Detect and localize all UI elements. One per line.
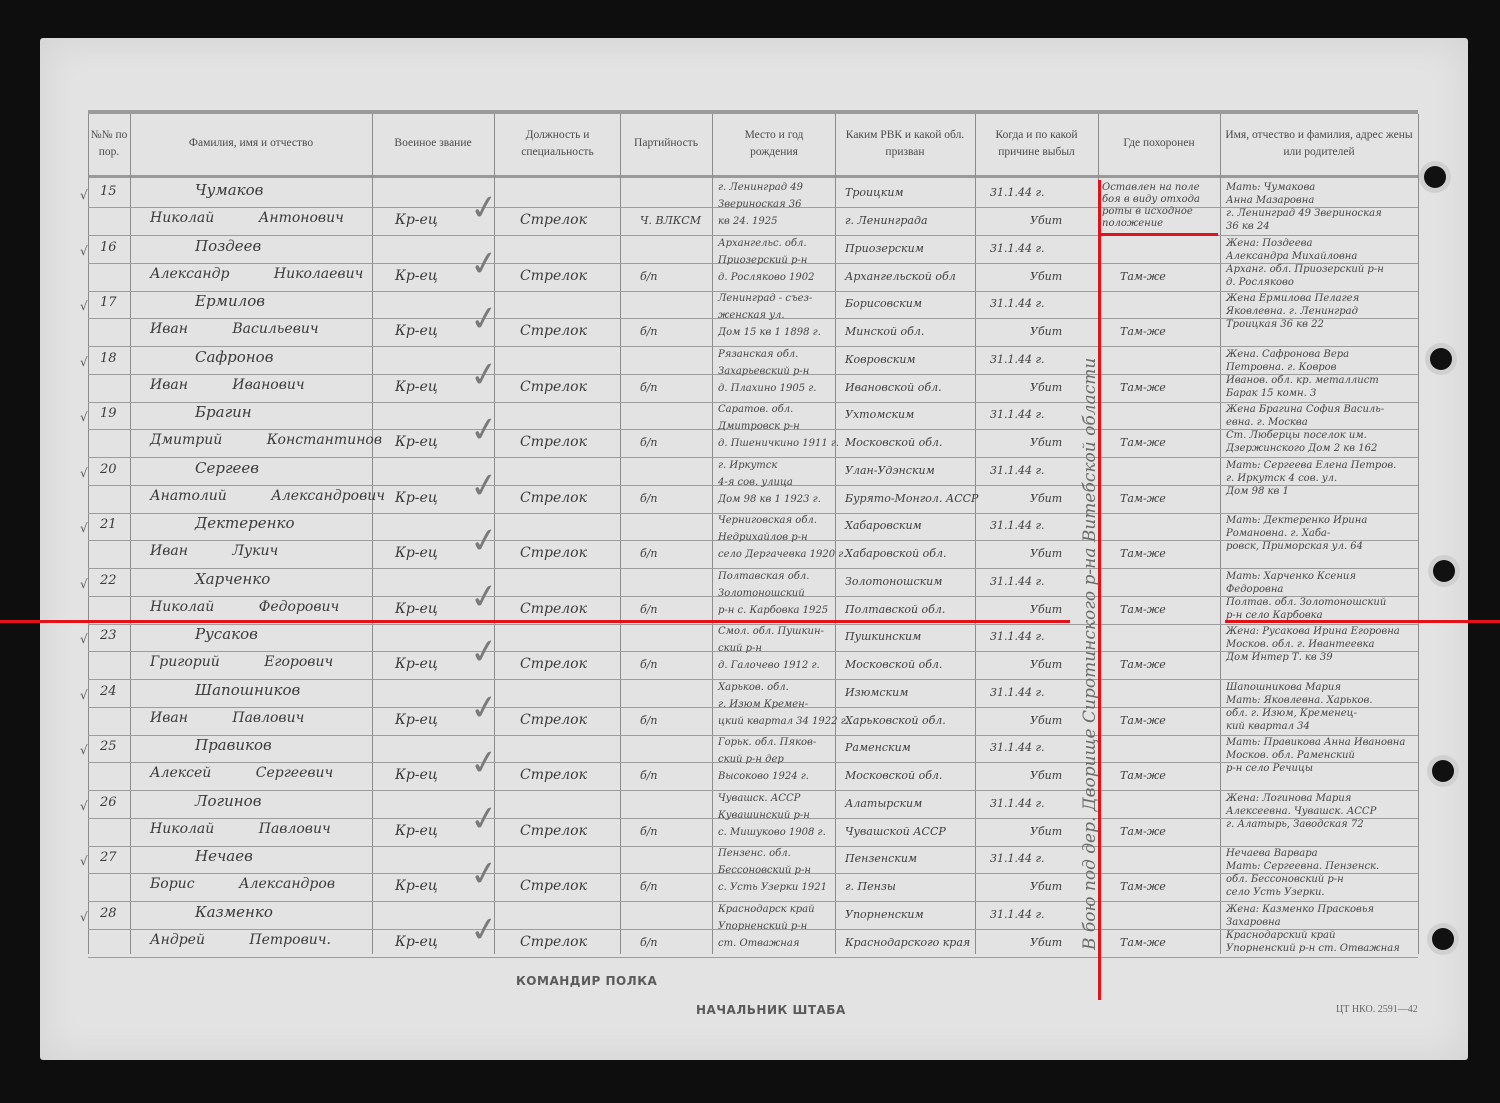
header-rvk: Каким РВК и какой обл. призван (837, 114, 973, 174)
position: Стрелок (520, 379, 587, 395)
date-left: 31.1.44 г. (990, 630, 1045, 643)
rank: Кр-ец (395, 878, 438, 894)
burial-place: Там-же (1120, 325, 1166, 338)
position: Стрелок (520, 934, 587, 950)
birth-line: Упорненский р-н (718, 921, 807, 932)
relative-line: Москов. обл. Раменский (1226, 750, 1355, 761)
birth-line: Звериноская 36 (718, 199, 801, 210)
birth-line: ский р-н (718, 643, 762, 654)
reason-left: Убит (1030, 603, 1062, 616)
rvk: Пушкинским (845, 630, 921, 643)
relative-line: р-н село Речицы (1226, 763, 1313, 774)
surname: Логинов (195, 792, 261, 810)
row-number: 26 (100, 795, 117, 810)
rvk-region: г. Ленинграда (845, 214, 928, 227)
rvk: Ковровским (845, 353, 916, 366)
position: Стрелок (520, 712, 587, 728)
surname: Ермилов (195, 292, 265, 310)
rank: Кр-ец (395, 712, 438, 728)
date-left: 31.1.44 г. (990, 464, 1045, 477)
red-annotation-line (1098, 180, 1101, 1000)
check-mark-icon: ✓ (467, 741, 501, 785)
tick-mark-icon: √ (80, 466, 88, 480)
header-relatives: Имя, отчество и фамилия, адрес жены или … (1222, 114, 1416, 174)
position: Стрелок (520, 323, 587, 339)
header-buried: Где похоронен (1100, 114, 1218, 174)
burial-place: Там-же (1120, 547, 1166, 560)
birth-line: Высоково 1924 г. (718, 771, 809, 782)
relative-line: Дом Интер Т. кв 39 (1226, 652, 1333, 663)
surname: Русаков (195, 625, 258, 643)
rank: Кр-ец (395, 656, 438, 672)
check-mark-icon: ✓ (467, 519, 501, 563)
birth-line: Недрихайлов р-н (718, 532, 808, 543)
birth-line: Чувашск. АССР (718, 793, 800, 804)
relative-line: Мать: Харченко Ксения (1226, 571, 1356, 582)
relative-line: Жена: Логинова Мария (1226, 793, 1351, 804)
rvk: Борисовским (845, 297, 922, 310)
relative-line: Арханг. обл. Приозерский р-н (1226, 264, 1384, 275)
relative-line: Жена: Поздеева (1226, 238, 1312, 249)
date-left: 31.1.44 г. (990, 908, 1045, 921)
row-number: 15 (100, 184, 117, 199)
relative-line: Жена Брагина София Василь- (1226, 404, 1384, 415)
check-mark-icon: ✓ (467, 908, 501, 952)
check-mark-icon: ✓ (467, 353, 501, 397)
relative-line: Захаровна (1226, 917, 1281, 928)
commander-label: КОМАНДИР ПОЛКА (516, 974, 657, 988)
given-names: Дмитрий Константинов (150, 432, 382, 448)
reason-left: Убит (1030, 880, 1062, 893)
given-names: Андрей Петрович. (150, 932, 331, 948)
birth-line: Черниговская обл. (718, 515, 817, 526)
relative-line: Краснодарский край (1226, 930, 1335, 941)
relative-line: г. Алатырь, Заводская 72 (1226, 819, 1364, 830)
birth-line: женская ул. (718, 310, 785, 321)
given-names: Иван Павлович (150, 710, 304, 726)
row-number: 16 (100, 240, 117, 255)
row-number: 27 (100, 850, 117, 865)
rvk: Ухтомским (845, 408, 914, 421)
rvk: Улан-Удэнским (845, 464, 935, 477)
relative-line: кий квартал 34 (1226, 721, 1310, 732)
reason-left: Убит (1030, 492, 1062, 505)
relative-line: Полтав. обл. Золотоношский (1226, 597, 1386, 608)
party: б/п (640, 325, 658, 338)
birth-line: Горьк. обл. Пяков- (718, 737, 816, 748)
burial-place: Там-же (1120, 936, 1166, 949)
header-birth: Место и год рождения (720, 114, 828, 174)
birth-line: Харьков. обл. (718, 682, 789, 693)
relative-line: Дзержинского Дом 2 кв 162 (1226, 443, 1377, 454)
birth-line: Приозерский р-н (718, 255, 807, 266)
row-number: 24 (100, 684, 117, 699)
rvk-region: Московской обл. (845, 436, 942, 449)
burial-place: Там-же (1120, 880, 1166, 893)
check-mark-icon: ✓ (467, 242, 501, 286)
rvk: Раменским (845, 741, 911, 754)
birth-line: Краснодарск край (718, 904, 815, 915)
position: Стрелок (520, 601, 587, 617)
birth-line: д. Росляково 1902 (718, 272, 815, 283)
tick-mark-icon: √ (80, 854, 88, 868)
given-names: Иван Лукич (150, 543, 278, 559)
relative-line: Алексеевна. Чувашск. АССР (1226, 806, 1376, 817)
rank: Кр-ец (395, 490, 438, 506)
check-mark-icon: ✓ (467, 464, 501, 508)
surname: Харченко (195, 570, 270, 588)
position: Стрелок (520, 823, 587, 839)
chief-of-staff-label: НАЧАЛЬНИК ШТАБА (696, 1003, 846, 1017)
punch-hole (1430, 348, 1452, 370)
burial-place: Там-же (1120, 714, 1166, 727)
rank: Кр-ец (395, 767, 438, 783)
relative-line: г. Иркутск 4 сов. ул. (1226, 473, 1337, 484)
row-number: 17 (100, 295, 117, 310)
surname: Правиков (195, 736, 272, 754)
row-number: 19 (100, 406, 117, 421)
check-mark-icon: ✓ (467, 575, 501, 619)
party: Ч. ВЛКСМ (640, 214, 701, 227)
tick-mark-icon: √ (80, 521, 88, 535)
tick-mark-icon: √ (80, 632, 88, 646)
check-mark-icon: ✓ (467, 852, 501, 896)
relative-line: Мать: Дектеренко Ирина (1226, 515, 1367, 526)
reason-left: Убит (1030, 769, 1062, 782)
tick-mark-icon: √ (80, 743, 88, 757)
relative-line: Ст. Люберцы поселок им. (1226, 430, 1367, 441)
party: б/п (640, 270, 658, 283)
birth-line: г. Иркутск (718, 460, 777, 471)
relative-line: Иванов. обл. кр. металлист (1226, 375, 1379, 386)
rvk-region: Краснодарского края (845, 936, 970, 949)
first-burial-note: Оставлен на поле боя в виду отхода роты … (1102, 182, 1214, 230)
given-names: Иван Васильевич (150, 321, 319, 337)
rvk: Приозерским (845, 242, 924, 255)
party: б/п (640, 547, 658, 560)
reason-left: Убит (1030, 658, 1062, 671)
position: Стрелок (520, 212, 587, 228)
rvk: Алатырским (845, 797, 922, 810)
date-left: 31.1.44 г. (990, 297, 1045, 310)
surname: Нечаев (195, 847, 253, 865)
rvk: Упорненским (845, 908, 924, 921)
birth-line: с. Усть Узерки 1921 (718, 882, 827, 893)
party: б/п (640, 880, 658, 893)
row-number: 20 (100, 462, 117, 477)
birth-line: Захарьевский р-н (718, 366, 809, 377)
surname: Дектеренко (195, 514, 294, 532)
header-position: Должность и специальность (500, 114, 615, 174)
check-mark-icon: ✓ (467, 630, 501, 674)
birth-line: село Дергачевка 1920 г. (718, 549, 846, 560)
birth-line: цкий квартал 34 1922 г. (718, 716, 849, 727)
birth-line: Пензенс. обл. (718, 848, 791, 859)
header-num: №№ по пор. (90, 114, 128, 174)
burial-place: Там-же (1120, 603, 1166, 616)
birth-line: с. Мишуково 1908 г. (718, 827, 826, 838)
birth-line: г. Изюм Кремен- (718, 699, 808, 710)
relative-line: Анна Мазаровна (1226, 195, 1314, 206)
birth-line: Дмитровск р-н (718, 421, 800, 432)
tick-mark-icon: √ (80, 688, 88, 702)
relative-line: Жена Ермилова Пелагея (1226, 293, 1359, 304)
rvk-region: Харьковской обл. (845, 714, 946, 727)
position: Стрелок (520, 767, 587, 783)
given-names: Анатолий Александрович (150, 488, 385, 504)
birth-line: кв 24. 1925 (718, 216, 778, 227)
surname: Шапошников (195, 681, 300, 699)
birth-line: д. Плахино 1905 г. (718, 383, 816, 394)
reason-left: Убит (1030, 436, 1062, 449)
date-left: 31.1.44 г. (990, 186, 1045, 199)
given-names: Николай Антонович (150, 210, 344, 226)
birth-line: д. Пшеничкино 1911 г. (718, 438, 839, 449)
position: Стрелок (520, 545, 587, 561)
relative-line: Романовна. г. Хаба- (1226, 528, 1330, 539)
punch-hole (1432, 760, 1454, 782)
relative-line: евна. г. Москва (1226, 417, 1308, 428)
rank: Кр-ец (395, 601, 438, 617)
reason-left: Убит (1030, 936, 1062, 949)
given-names: Николай Федорович (150, 599, 339, 615)
burial-location-note: В бою под дер. Дворище Сиротинского р-на… (1080, 230, 1110, 950)
relative-line: Мать: Сергеевна. Пензенск. (1226, 861, 1379, 872)
rvk: Изюмским (845, 686, 908, 699)
reason-left: Убит (1030, 325, 1062, 338)
punch-hole (1432, 928, 1454, 950)
header-name: Фамилия, имя и отчество (132, 114, 370, 174)
header-when: Когда и по какой причине выбыл (977, 114, 1096, 174)
birth-line: Дом 15 кв 1 1898 г. (718, 327, 821, 338)
burial-place: Там-же (1120, 381, 1166, 394)
party: б/п (640, 381, 658, 394)
relative-line: Нечаева Варвара (1226, 848, 1318, 859)
relative-line: обл. Бессоновский р-н (1226, 874, 1344, 885)
relative-line: д. Росляково (1226, 277, 1294, 288)
row-number: 28 (100, 906, 117, 921)
birth-line: р-н с. Карбовка 1925 (718, 605, 828, 616)
rvk-region: Архангельской обл (845, 270, 956, 283)
date-left: 31.1.44 г. (990, 575, 1045, 588)
rank: Кр-ец (395, 268, 438, 284)
rank: Кр-ец (395, 934, 438, 950)
relative-line: Жена: Казменко Прасковья (1226, 904, 1374, 915)
relative-line: Барак 15 комн. 3 (1226, 388, 1316, 399)
birth-line: Саратов. обл. (718, 404, 793, 415)
rvk-region: Минской обл. (845, 325, 924, 338)
given-names: Иван Иванович (150, 377, 305, 393)
reason-left: Убит (1030, 547, 1062, 560)
position: Стрелок (520, 656, 587, 672)
relative-line: село Усть Узерки. (1226, 887, 1325, 898)
date-left: 31.1.44 г. (990, 741, 1045, 754)
position: Стрелок (520, 434, 587, 450)
relative-line: 36 кв 24 (1226, 221, 1270, 232)
birth-line: ст. Отважная (718, 938, 799, 949)
relative-line: Троицкая 36 кв 22 (1226, 319, 1324, 330)
print-code: ЦТ НКО. 2591—42 (1336, 1004, 1418, 1015)
check-mark-icon: ✓ (467, 408, 501, 452)
rvk: Хабаровским (845, 519, 922, 532)
birth-line: д. Галочево 1912 г. (718, 660, 820, 671)
rvk-region: Московской обл. (845, 769, 942, 782)
date-left: 31.1.44 г. (990, 852, 1045, 865)
surname: Поздеев (195, 237, 261, 255)
relative-line: обл. г. Изюм, Кременец- (1226, 708, 1357, 719)
surname: Сафронов (195, 348, 273, 366)
surname: Брагин (195, 403, 252, 421)
punch-hole (1433, 560, 1455, 582)
relative-line: Мать: Яковлевна. Харьков. (1226, 695, 1373, 706)
party: б/п (640, 658, 658, 671)
header-party: Партийность (622, 114, 710, 174)
rvk-region: Полтавской обл. (845, 603, 945, 616)
relative-line: Мать: Правикова Анна Ивановна (1226, 737, 1405, 748)
surname: Казменко (195, 903, 273, 921)
red-annotation-line (1225, 620, 1500, 623)
relative-line: Шапошникова Мария (1226, 682, 1341, 693)
rvk: Троицким (845, 186, 904, 199)
check-mark-icon: ✓ (467, 797, 501, 841)
relative-line: ровск, Приморская ул. 64 (1226, 541, 1363, 552)
rvk-region: г. Пензы (845, 880, 896, 893)
position: Стрелок (520, 268, 587, 284)
burial-place: Там-же (1120, 658, 1166, 671)
red-annotation-line (0, 620, 1070, 623)
surname: Сергеев (195, 459, 259, 477)
relative-line: Федоровна (1226, 584, 1283, 595)
birth-line: Архангельс. обл. (718, 238, 807, 249)
tick-mark-icon: √ (80, 799, 88, 813)
date-left: 31.1.44 г. (990, 797, 1045, 810)
surname: Чумаков (195, 181, 263, 199)
tick-mark-icon: √ (80, 299, 88, 313)
given-names: Александр Николаевич (150, 266, 363, 282)
punch-hole (1424, 166, 1446, 188)
party: б/п (640, 936, 658, 949)
rank: Кр-ец (395, 434, 438, 450)
given-names: Алексей Сергеевич (150, 765, 333, 781)
reason-left: Убит (1030, 714, 1062, 727)
header-rank: Воеиное звание (374, 114, 492, 174)
relative-line: Александра Михайловна (1226, 251, 1357, 262)
given-names: Николай Павлович (150, 821, 331, 837)
relative-line: Упорненский р-н ст. Отважная (1226, 943, 1400, 954)
relative-line: Мать: Сергеева Елена Петров. (1226, 460, 1396, 471)
reason-left: Убит (1030, 214, 1062, 227)
tick-mark-icon: √ (80, 577, 88, 591)
date-left: 31.1.44 г. (990, 519, 1045, 532)
check-mark-icon: ✓ (467, 297, 501, 341)
tick-mark-icon: √ (80, 910, 88, 924)
tick-mark-icon: √ (80, 188, 88, 202)
rvk-region: Хабаровской обл. (845, 547, 947, 560)
position: Стрелок (520, 878, 587, 894)
relative-line: Мать: Чумакова (1226, 182, 1315, 193)
red-annotation-line (1100, 233, 1218, 236)
birth-line: Кувашинский р-н (718, 810, 810, 821)
rvk-region: Чувашской АССР (845, 825, 946, 838)
given-names: Борис Александров (150, 876, 335, 892)
row-number: 23 (100, 628, 117, 643)
rank: Кр-ец (395, 545, 438, 561)
rank: Кр-ец (395, 379, 438, 395)
relative-line: Жена: Русакова Ирина Егоровна (1226, 626, 1400, 637)
given-names: Григорий Егорович (150, 654, 333, 670)
birth-line: ский р-н дер (718, 754, 784, 765)
rank: Кр-ец (395, 323, 438, 339)
date-left: 31.1.44 г. (990, 686, 1045, 699)
check-mark-icon: ✓ (467, 686, 501, 730)
rvk-region: Московской обл. (845, 658, 942, 671)
birth-line: Полтавская обл. (718, 571, 809, 582)
party: б/п (640, 436, 658, 449)
relative-line: Яковлевна. г. Ленинград (1226, 306, 1358, 317)
row-number: 25 (100, 739, 117, 754)
tick-mark-icon: √ (80, 355, 88, 369)
tick-mark-icon: √ (80, 410, 88, 424)
birth-line: Рязанская обл. (718, 349, 798, 360)
party: б/п (640, 603, 658, 616)
reason-left: Убит (1030, 825, 1062, 838)
position: Стрелок (520, 490, 587, 506)
rvk: Пензенским (845, 852, 917, 865)
reason-left: Убит (1030, 270, 1062, 283)
relative-line: Петровна. г. Ковров (1226, 362, 1337, 373)
relative-line: г. Ленинград 49 Звериноская (1226, 208, 1382, 219)
burial-place: Там-же (1120, 769, 1166, 782)
date-left: 31.1.44 г. (990, 408, 1045, 421)
party: б/п (640, 714, 658, 727)
relative-line: Жена. Сафронова Вера (1226, 349, 1349, 360)
check-mark-icon: ✓ (467, 186, 501, 230)
row-number: 18 (100, 351, 117, 366)
date-left: 31.1.44 г. (990, 242, 1045, 255)
birth-line: Дом 98 кв 1 1923 г. (718, 494, 821, 505)
birth-line: Смол. обл. Пушкин- (718, 626, 824, 637)
relative-line: Дом 98 кв 1 (1226, 486, 1289, 497)
burial-place: Там-же (1120, 825, 1166, 838)
row-number: 22 (100, 573, 117, 588)
birth-line: Золотоношский (718, 588, 805, 599)
birth-line: Бессоновский р-н (718, 865, 811, 876)
rank: Кр-ец (395, 823, 438, 839)
reason-left: Убит (1030, 381, 1062, 394)
rank: Кр-ец (395, 212, 438, 228)
burial-place: Там-же (1120, 436, 1166, 449)
row-number: 21 (100, 517, 117, 532)
table-header-rule (88, 175, 1418, 178)
birth-line: Ленинград - съез- (718, 293, 812, 304)
rvk-region: Бурято-Монгол. АССР (845, 492, 978, 505)
date-left: 31.1.44 г. (990, 353, 1045, 366)
relative-line: Москов. обл. г. Ивантеевка (1226, 639, 1374, 650)
party: б/п (640, 825, 658, 838)
tick-mark-icon: √ (80, 244, 88, 258)
burial-place: Там-же (1120, 270, 1166, 283)
party: б/п (640, 769, 658, 782)
birth-line: г. Ленинград 49 (718, 182, 803, 193)
burial-place: Там-же (1120, 492, 1166, 505)
party: б/п (640, 492, 658, 505)
rvk: Золотоношским (845, 575, 942, 588)
rvk-region: Ивановской обл. (845, 381, 942, 394)
birth-line: 4-я сов. улица (718, 477, 793, 488)
